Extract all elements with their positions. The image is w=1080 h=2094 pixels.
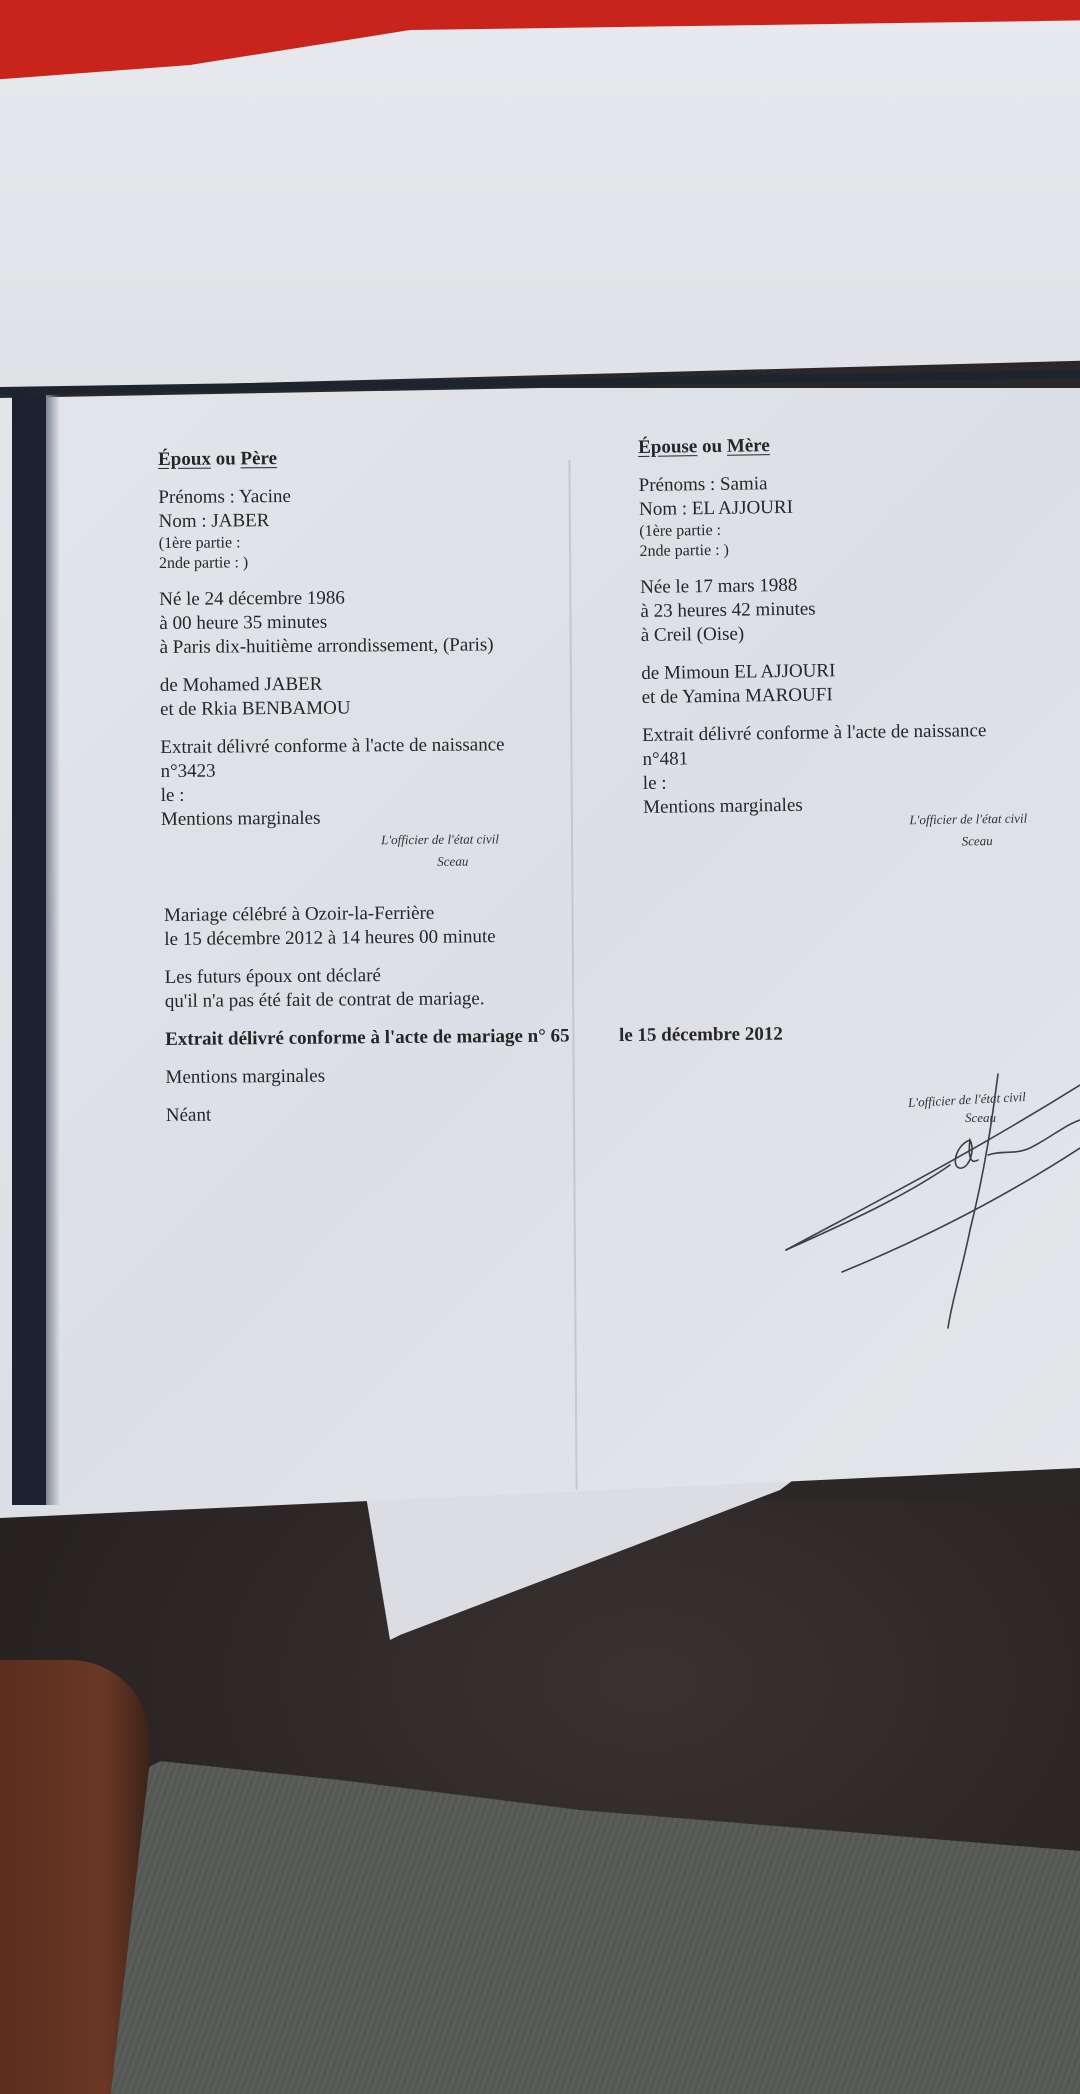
husband-heading: Époux ou Père	[158, 445, 502, 472]
heading-epouse: Épouse	[638, 436, 697, 458]
husband-birth-time: à 00 heure 35 minutes	[159, 609, 503, 636]
heading-ou: ou	[702, 436, 722, 457]
husband-officer-label: L'officier de l'état civil	[381, 827, 499, 852]
husband-partie-2: 2nde partie : )	[159, 551, 503, 574]
husband-birth-place: à Paris dix-huitième arrondissement, (Pa…	[159, 633, 503, 660]
husband-father: de Mohamed JABER	[160, 671, 504, 698]
husband-extract-number: n°3423	[160, 757, 504, 784]
heading-mere: Mère	[727, 435, 770, 457]
husband-prenoms: Prénoms : Yacine	[158, 483, 502, 510]
wife-section: Épouse ou Mère Prénoms : Samia Nom : EL …	[638, 431, 988, 820]
husband-extract-line: Extrait délivré conforme à l'acte de nai…	[160, 733, 504, 760]
heading-epoux: Époux	[158, 449, 211, 470]
document-left-edge	[12, 395, 46, 1505]
document-edge-shadow	[46, 395, 60, 1505]
marriage-section: Mariage célébré à Ozoir-la-Ferrière le 1…	[164, 899, 784, 1128]
husband-le: le :	[161, 781, 505, 808]
husband-section: Époux ou Père Prénoms : Yacine Nom : JAB…	[158, 445, 505, 832]
husband-partie-1: (1ère partie :	[159, 531, 503, 554]
heading-pere: Père	[240, 448, 277, 469]
husband-birth-date: Né le 24 décembre 1986	[159, 585, 503, 612]
wife-officer-label: L'officier de l'état civil	[909, 807, 1027, 833]
wife-extract-line: Extrait délivré conforme à l'acte de nai…	[642, 719, 987, 748]
husband-nom: Nom : JABER	[158, 507, 502, 534]
top-paper-sheet	[0, 20, 1080, 400]
officer-signature: L'officier de l'état civil Sceau	[770, 1060, 1080, 1330]
husband-mother: et de Rkia BENBAMOU	[160, 695, 504, 722]
signature-icon	[770, 1060, 1080, 1330]
husband-seal-label: Sceau	[437, 850, 468, 874]
marriage-extract-text: Extrait délivré conforme à l'acte de mar…	[165, 1025, 570, 1050]
heading-ou: ou	[216, 448, 236, 469]
wife-seal-label: Sceau	[962, 829, 993, 853]
marriage-extract-date: le 15 décembre 2012	[619, 1024, 783, 1046]
